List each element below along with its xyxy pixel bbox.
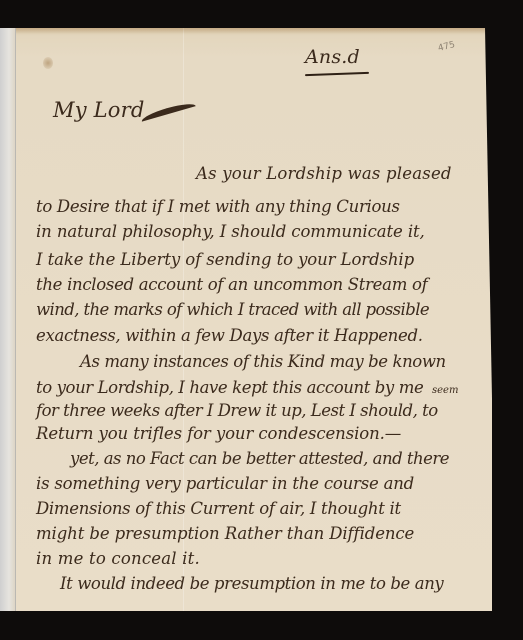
letter-line-3: in natural philosophy, I should communic… xyxy=(36,222,425,241)
letter-line-9: to your Lordship, I have kept this accou… xyxy=(36,378,423,397)
letter-line-15: might be presumption Rather than Diffide… xyxy=(36,524,414,543)
paper-stain xyxy=(43,57,53,69)
letter-line-12: yet, as no Fact can be better attested, … xyxy=(70,449,449,468)
letter-line-10: for three weeks after I Drew it up, Lest… xyxy=(36,401,438,420)
letter-line-14: Dimensions of this Current of air, I tho… xyxy=(36,499,401,518)
letter-line-17: It would indeed be presumption in me to … xyxy=(60,574,443,593)
letter-line-7: exactness, within a few Days after it Ha… xyxy=(36,326,423,345)
interlinear-insertion: seem xyxy=(432,385,458,396)
letter-line-2: to Desire that if I met with any thing C… xyxy=(36,197,400,216)
letter-line-13: is something very particular in the cour… xyxy=(36,474,414,493)
letter-line-4: I take the Liberty of sending to your Lo… xyxy=(36,250,414,269)
letter-line-11: Return you trifles for your condescensio… xyxy=(36,424,401,443)
letter-line-6: wind, the marks of which I traced with a… xyxy=(36,300,429,319)
page-fold-edge xyxy=(0,28,16,611)
letter-line-16: in me to conceal it. xyxy=(36,549,200,568)
letter-line-1: As your Lordship was pleased xyxy=(196,164,452,183)
letter-line-8: As many instances of this Kind may be kn… xyxy=(80,352,446,371)
letter-line-5: the inclosed account of an uncommon Stre… xyxy=(36,275,427,294)
salutation: My Lord xyxy=(53,98,145,122)
answered-note: Ans.d xyxy=(305,46,360,68)
